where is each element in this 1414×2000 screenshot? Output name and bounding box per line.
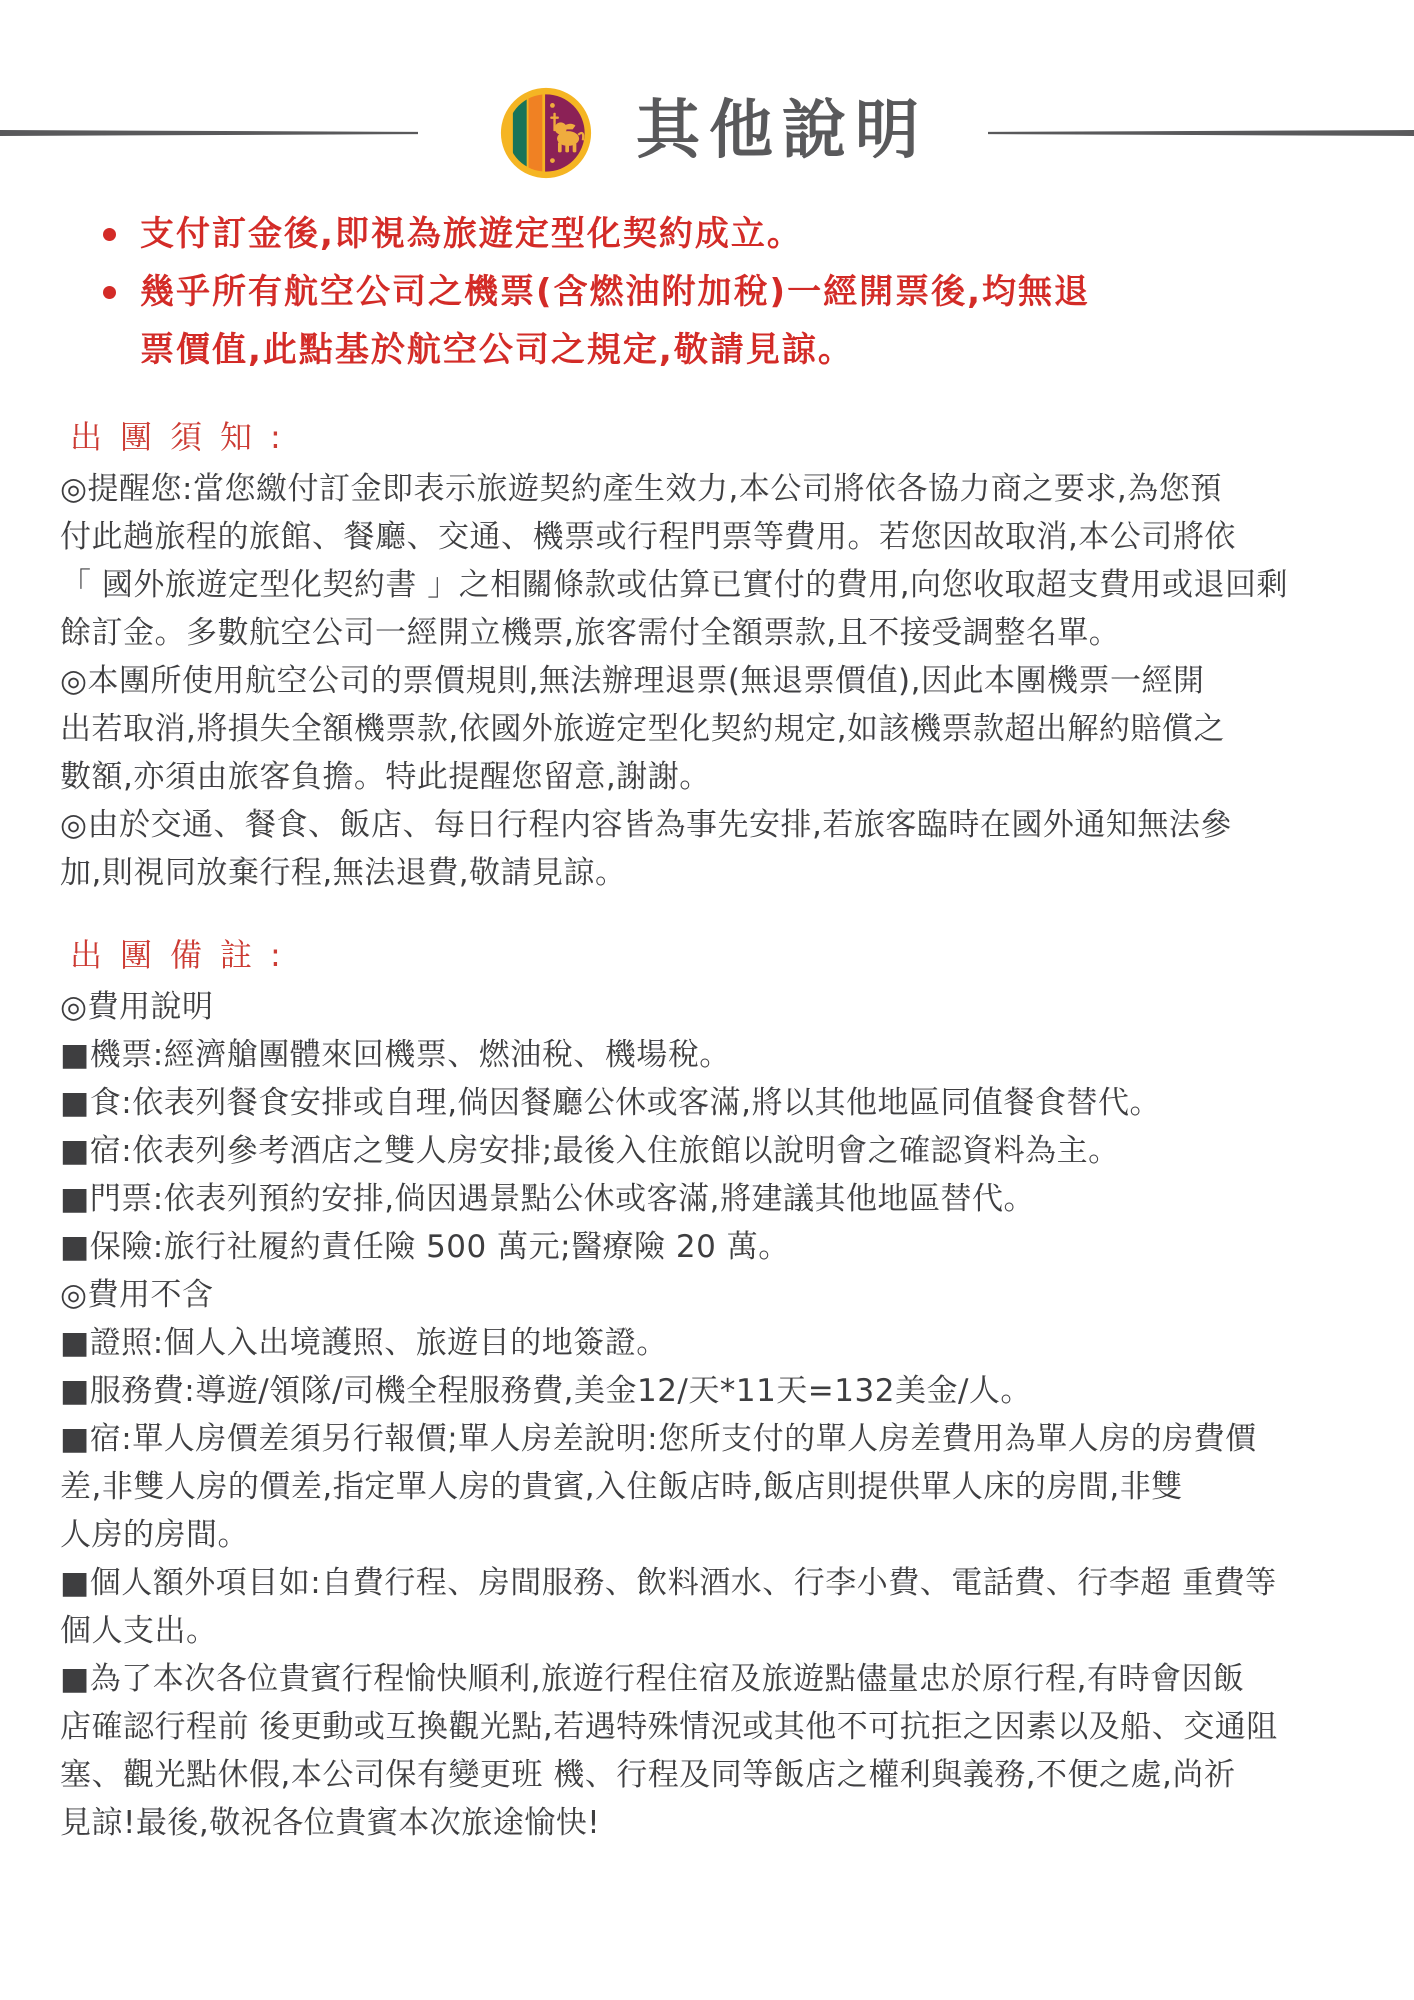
section-body: ◎費用說明■機票:經濟艙團體來回機票、燃油稅、機場稅。■食:依表列餐食安排或自理… — [60, 983, 1414, 1847]
notice-line: 票價值,此點基於航空公司之規定,敬請見諒。 — [140, 321, 1090, 379]
body-line: ■門票:依表列預約安排,倘因遇景點公休或客滿,將建議其他地區替代。 — [60, 1175, 1414, 1223]
sections: 出團須知: ◎提醒您:當您繳付訂金即表示旅遊契約產生效力,本公司將依各協力商之要… — [0, 417, 1414, 1847]
section-body: ◎提醒您:當您繳付訂金即表示旅遊契約產生效力,本公司將依各協力商之要求,為您預付… — [60, 465, 1414, 897]
header-rule-left — [0, 130, 418, 136]
page-title: 其他說明 — [636, 96, 928, 166]
body-line: ■服務費:導遊/領隊/司機全程服務費,美金12/天*11天=132美金/人。 — [60, 1367, 1414, 1415]
section: 出團備註: ◎費用說明■機票:經濟艙團體來回機票、燃油稅、機場稅。■食:依表列餐… — [0, 935, 1414, 1847]
body-line: ■宿:依表列參考酒店之雙人房安排;最後入住旅館以說明會之確認資料為主。 — [60, 1127, 1414, 1175]
section: 出團須知: ◎提醒您:當您繳付訂金即表示旅遊契約產生效力,本公司將依各協力商之要… — [0, 417, 1414, 897]
page: 其他說明 支付訂金後,即視為旅遊定型化契約成立。 幾乎所有航空公司之機票(含燃油… — [0, 0, 1414, 2000]
body-line: 店確認行程前 後更動或互換觀光點,若遇特殊情況或其他不可抗拒之因素以及船、交通阻 — [60, 1703, 1414, 1751]
body-line: ■個人額外項目如:自費行程、房間服務、飲料酒水、行李小費、電話費、行李超 重費等 — [60, 1559, 1414, 1607]
header: 其他說明 — [0, 0, 1414, 200]
body-line: ■宿:單人房價差須另行報價;單人房差說明:您所支付的單人房差費用為單人房的房費價 — [60, 1415, 1414, 1463]
body-line: 「 國外旅遊定型化契約書 」之相關條款或估算已實付的費用,向您收取超支費用或退回… — [60, 561, 1414, 609]
body-line: ◎本團所使用航空公司的票價規則,無法辦理退票(無退票價值),因此本團機票一經開 — [60, 657, 1414, 705]
notice-bullets: 支付訂金後,即視為旅遊定型化契約成立。 幾乎所有航空公司之機票(含燃油附加稅)一… — [0, 205, 1414, 379]
body-line: 見諒!最後,敬祝各位貴賓本次旅途愉快! — [60, 1799, 1414, 1847]
notice-line: 支付訂金後,即視為旅遊定型化契約成立。 — [140, 205, 803, 263]
body-line: 個人支出。 — [60, 1607, 1414, 1655]
notice-item: 幾乎所有航空公司之機票(含燃油附加稅)一經開票後,均無退票價值,此點基於航空公司… — [103, 263, 1414, 379]
body-line: 出若取消,將損失全額機票款,依國外旅遊定型化契約規定,如該機票款超出解約賠償之 — [60, 705, 1414, 753]
body-line: ■機票:經濟艙團體來回機票、燃油稅、機場稅。 — [60, 1031, 1414, 1079]
body-line: 數額,亦須由旅客負擔。特此提醒您留意,謝謝。 — [60, 753, 1414, 801]
section-heading: 出團須知: — [70, 417, 1414, 457]
notice-text: 幾乎所有航空公司之機票(含燃油附加稅)一經開票後,均無退票價值,此點基於航空公司… — [140, 263, 1090, 379]
body-line: ◎費用說明 — [60, 983, 1414, 1031]
body-line: 餘訂金。多數航空公司一經開立機票,旅客需付全額票款,且不接受調整名單。 — [60, 609, 1414, 657]
body-line: ■為了本次各位貴賓行程愉快順利,旅遊行程住宿及旅遊點儘量忠於原行程,有時會因飯 — [60, 1655, 1414, 1703]
bullet-dot-icon — [103, 286, 116, 299]
body-line: ■證照:個人入出境護照、旅遊目的地簽證。 — [60, 1319, 1414, 1367]
body-line: 付此趟旅程的旅館、餐廳、交通、機票或行程門票等費用。若您因故取消,本公司將依 — [60, 513, 1414, 561]
notice-item: 支付訂金後,即視為旅遊定型化契約成立。 — [103, 205, 1414, 263]
header-rule-right — [988, 130, 1414, 136]
body-line: 加,則視同放棄行程,無法退費,敬請見諒。 — [60, 849, 1414, 897]
body-line: ◎費用不含 — [60, 1271, 1414, 1319]
notice-line: 幾乎所有航空公司之機票(含燃油附加稅)一經開票後,均無退 — [140, 263, 1090, 321]
body-line: ◎提醒您:當您繳付訂金即表示旅遊契約產生效力,本公司將依各協力商之要求,為您預 — [60, 465, 1414, 513]
section-heading: 出團備註: — [70, 935, 1414, 975]
body-line: ■食:依表列餐食安排或自理,倘因餐廳公休或客滿,將以其他地區同值餐食替代。 — [60, 1079, 1414, 1127]
body-line: 塞、觀光點休假,本公司保有變更班 機、行程及同等飯店之權利與義務,不便之處,尚祈 — [60, 1751, 1414, 1799]
bullet-dot-icon — [103, 228, 116, 241]
body-line: ■保險:旅行社履約責任險 500 萬元;醫療險 20 萬。 — [60, 1223, 1414, 1271]
body-line: ◎由於交通、餐食、飯店、每日行程内容皆為事先安排,若旅客臨時在國外通知無法參 — [60, 801, 1414, 849]
sri-lanka-flag-icon — [500, 87, 592, 179]
body-line: 人房的房間。 — [60, 1511, 1414, 1559]
notice-text: 支付訂金後,即視為旅遊定型化契約成立。 — [140, 205, 803, 263]
body-line: 差,非雙人房的價差,指定單人房的貴賓,入住飯店時,飯店則提供單人床的房間,非雙 — [60, 1463, 1414, 1511]
